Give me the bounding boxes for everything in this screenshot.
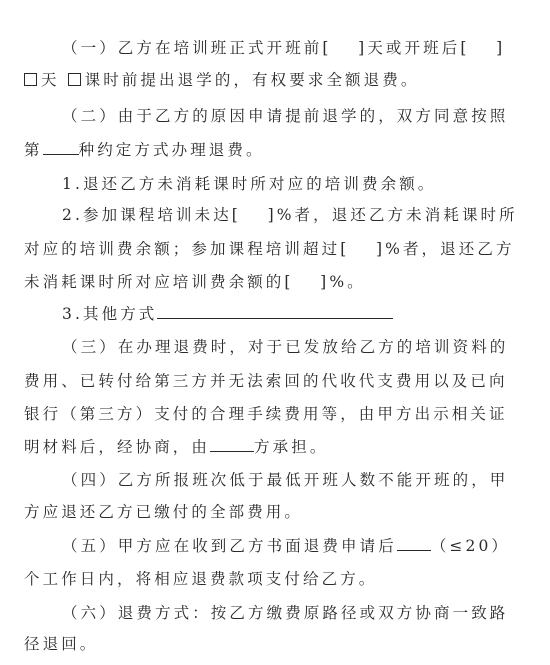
clause-4-line-1: （四）乙方所报班次低于最低开班人数不能开班的，甲: [62, 470, 508, 490]
blank-working-days[interactable]: [397, 536, 431, 551]
option-1: 1.退还乙方未消耗课时所对应的培训费余额。: [62, 174, 436, 194]
checkbox-hours[interactable]: [68, 73, 81, 86]
blank-bearing-party[interactable]: [210, 437, 254, 452]
option-2-line-1: 2.参加课程培训未达[ ]%者，退还乙方未消耗课时所: [62, 205, 518, 225]
clause-5-line-2: 个工作日内，将相应退费款项支付给乙方。: [24, 569, 377, 589]
clause-2-line-1: （二）由于乙方的原因申请提前退学的，双方同意按照: [62, 106, 508, 126]
clause-3-line-1: （三）在办理退费时，对于已发放给乙方的培训资料的: [62, 337, 508, 357]
clause-4-line-2: 方应退还乙方已缴付的全部费用。: [24, 502, 303, 522]
clause-2-line-2: 第种约定方式办理退费。: [24, 140, 265, 160]
option-2-line-3: 未消耗课时所对应培训费余额的[ ]%。: [24, 272, 366, 292]
blank-other-method[interactable]: [157, 304, 393, 319]
clause-1-line-2: 天 课时前提出退学的，有权要求全额退费。: [24, 70, 419, 90]
clause-6-line-2: 径退回。: [24, 634, 98, 654]
option-2-line-2: 对应的培训费余额；参加课程培训超过[ ]%者，退还乙方: [24, 239, 515, 259]
clause-3-line-4: 明材料后，经协商，由方承担。: [24, 437, 328, 457]
clause-5-line-1: （五）甲方应在收到乙方书面退费申请后（≤20）: [62, 536, 510, 556]
clause-3-line-3: 银行（第三方）支付的合理手续费用等，由甲方出示相关证: [24, 404, 508, 424]
checkbox-days[interactable]: [24, 73, 37, 86]
blank-method-number[interactable]: [43, 140, 79, 155]
clause-1-line-1: （一）乙方在培训班正式开班前[ ]天或开班后[ ]: [62, 38, 505, 58]
clause-3-line-2: 费用、已转付给第三方并无法索回的代收代支费用以及已向: [24, 371, 508, 391]
clause-6-line-1: （六）退费方式：按乙方缴费原路径或双方协商一致路: [62, 603, 508, 623]
option-3: 3.其他方式: [62, 304, 393, 324]
